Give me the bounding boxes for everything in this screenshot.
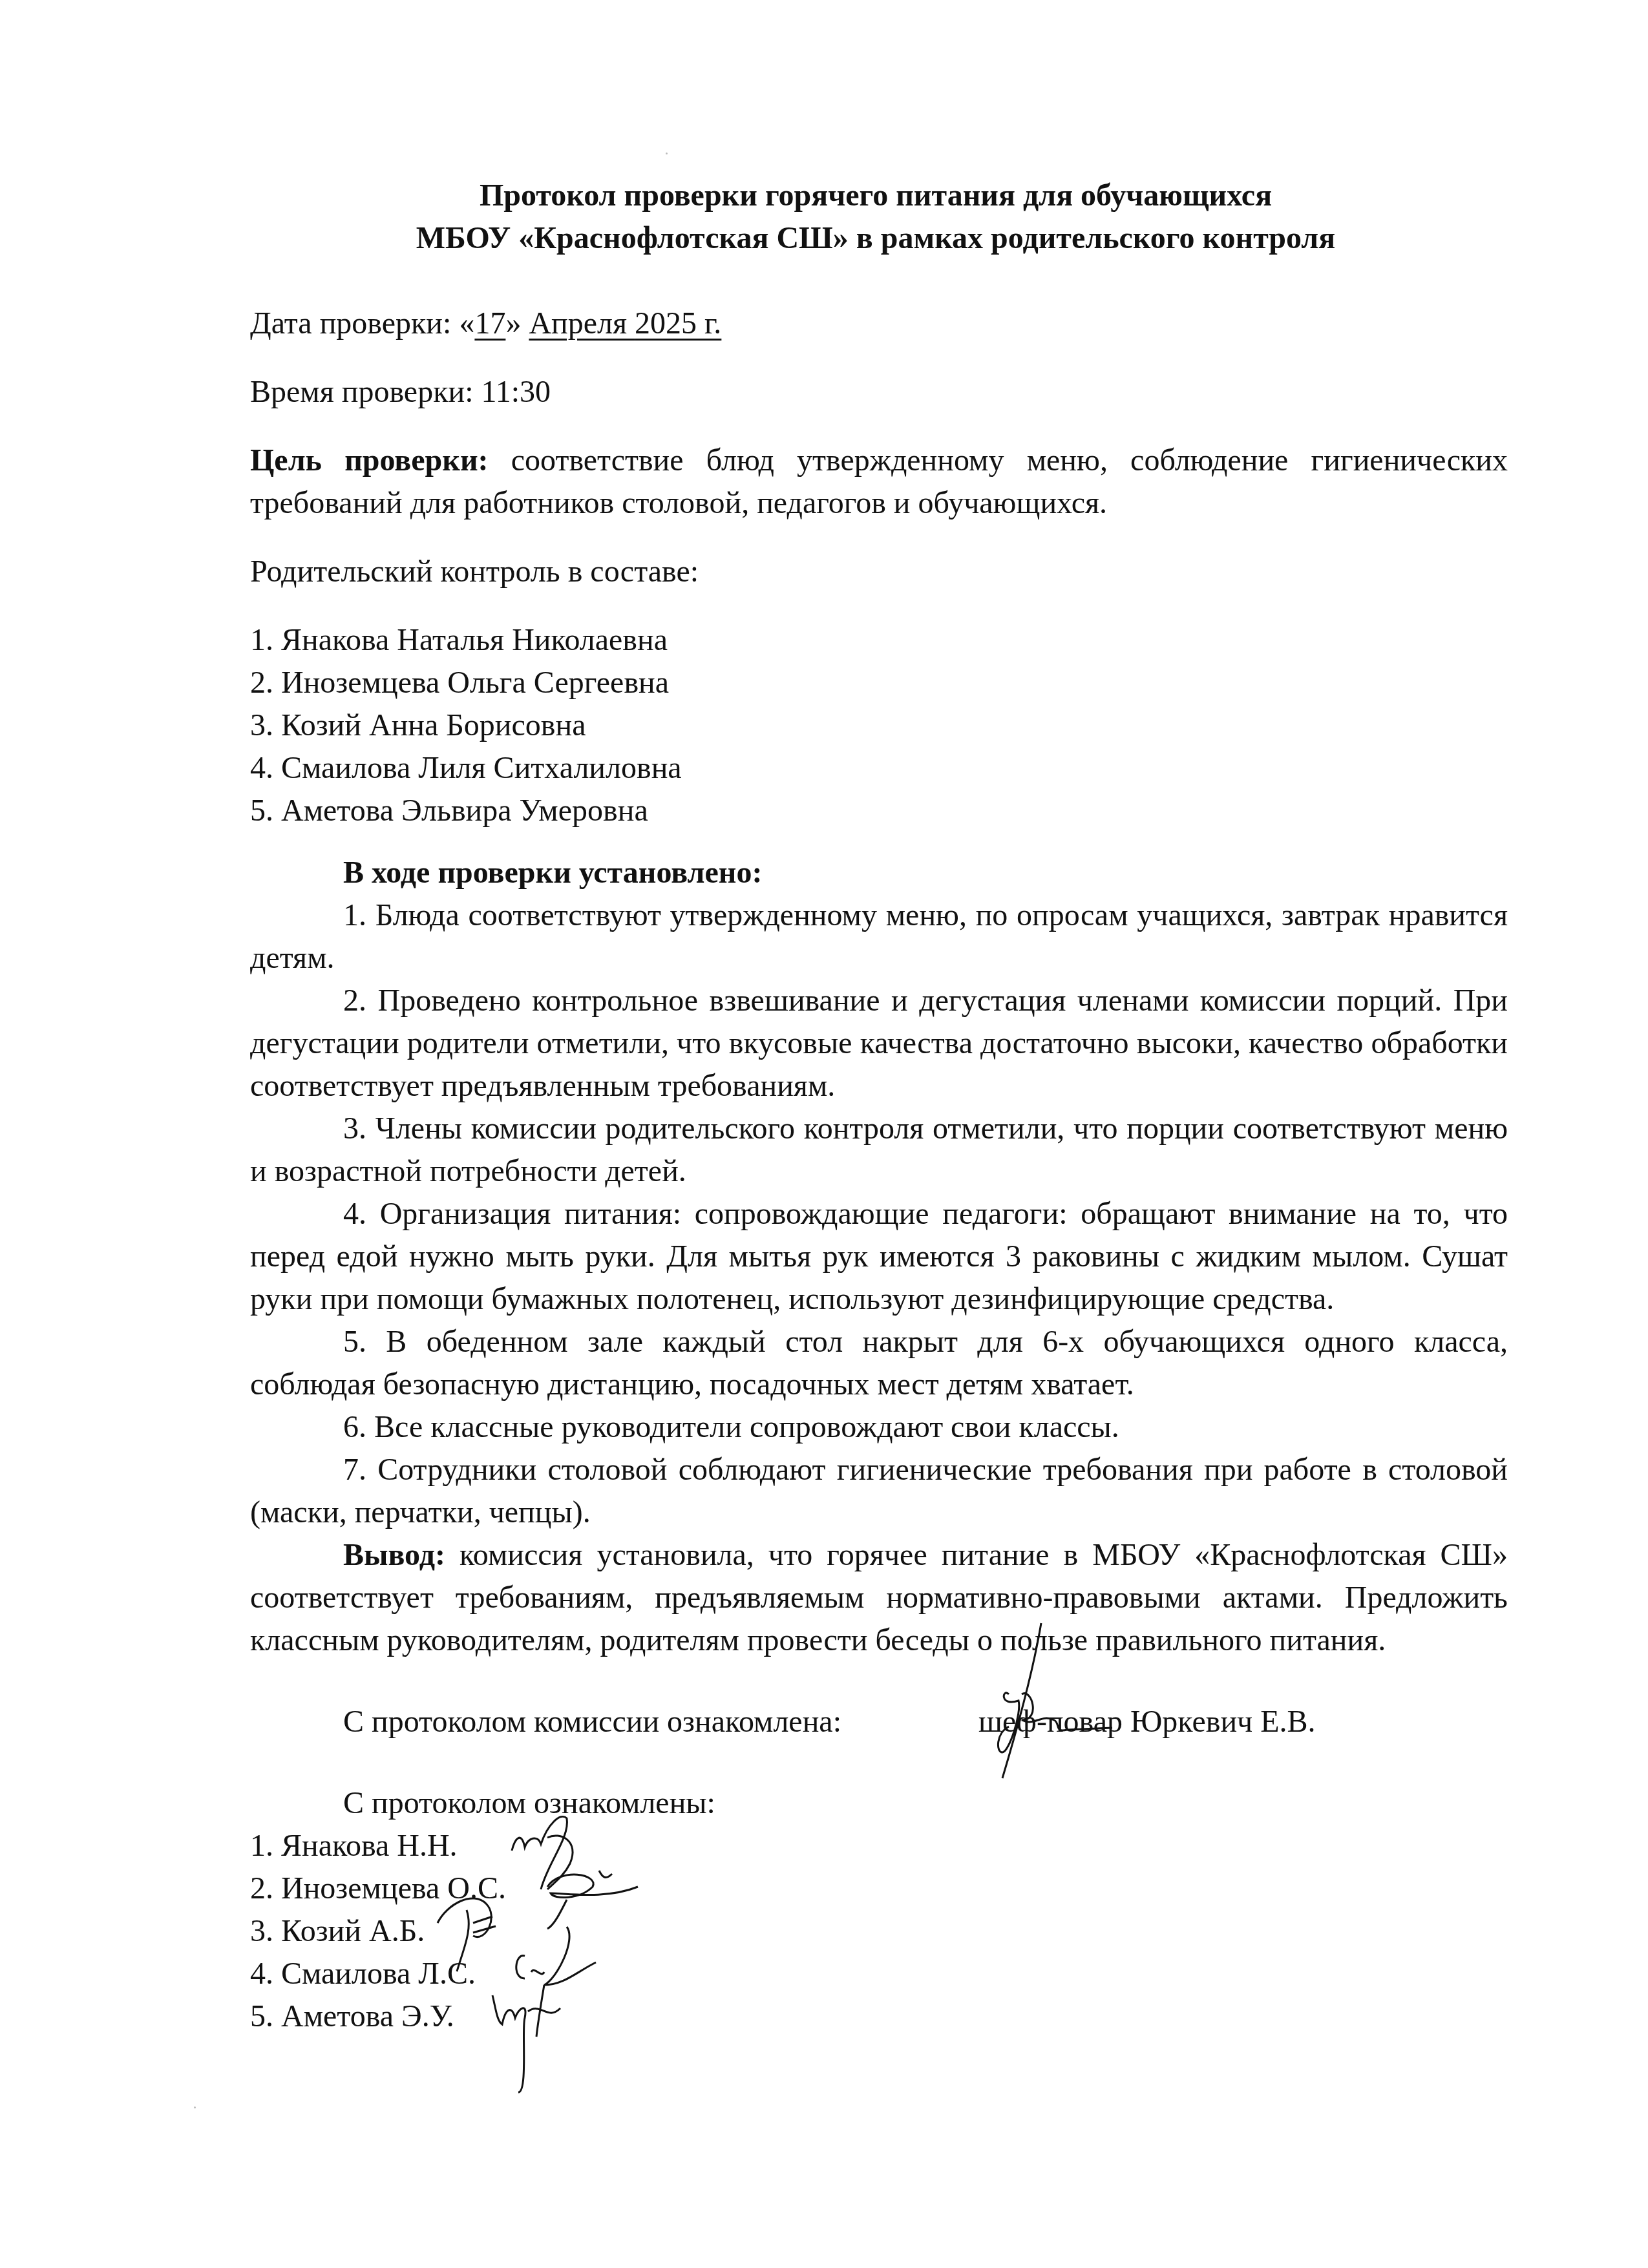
title-line-1: Протокол проверки горячего питания для о… <box>244 174 1508 217</box>
committee-member: 1. Янакова Наталья Николаевна <box>250 619 1508 662</box>
finding-item: 1. Блюда соответствуют утвержденному мен… <box>250 894 1508 980</box>
acknowledged-heading: С протоколом ознакомлены: <box>250 1782 1508 1825</box>
date-year: 2025 г. <box>635 306 721 341</box>
signature-icon <box>489 1989 580 2104</box>
findings-heading-text: В ходе проверки установлено: <box>343 856 762 890</box>
date-label: Дата проверки: « <box>250 306 474 341</box>
scan-speck <box>194 2106 196 2108</box>
acknowledged-member-name: 5. Аметова Э.У. <box>250 1999 454 2033</box>
time-value: 11:30 <box>481 375 551 409</box>
finding-item: 6. Все классные руководители сопровождаю… <box>250 1406 1508 1449</box>
acknowledged-member: 4. Смаилова Л.С. <box>250 1953 1508 1995</box>
acknowledged-member-name: 4. Смаилова Л.С. <box>250 1957 476 1991</box>
acknowledged-member: 1. Янакова Н.Н. <box>250 1825 1508 1867</box>
findings-list: 1. Блюда соответствуют утвержденному мен… <box>250 894 1508 1534</box>
committee-member: 4. Смаилова Лиля Ситхалиловна <box>250 747 1508 790</box>
finding-item: 3. Члены комиссии родительского контроля… <box>250 1108 1508 1193</box>
document-title: Протокол проверки горячего питания для о… <box>244 174 1508 260</box>
committee-member: 3. Козий Анна Борисовна <box>250 704 1508 747</box>
inspection-date: Дата проверки: «17» Апреля 2025 г. <box>250 302 1508 345</box>
committee-member: 5. Аметова Эльвира Умеровна <box>250 790 1508 832</box>
date-day-close: » <box>505 306 529 341</box>
date-month: Апреля <box>529 306 635 341</box>
goal-label: Цель проверки: <box>250 443 489 478</box>
committee-members-list: 1. Янакова Наталья Николаевна 2. Иноземц… <box>250 619 1508 832</box>
committee-heading: Родительский контроль в составе: <box>250 551 1508 593</box>
acknowledged-member-name: 3. Козий А.Б. <box>250 1914 425 1948</box>
conclusion-label: Вывод: <box>343 1538 445 1572</box>
committee-member: 2. Иноземцева Ольга Сергеевна <box>250 662 1508 704</box>
findings-heading: В ходе проверки установлено: <box>250 852 1508 894</box>
inspection-time: Время проверки: 11:30 <box>250 371 1508 414</box>
acknowledged-member: 3. Козий А.Б. <box>250 1910 1508 1953</box>
finding-item: 5. В обеденном зале каждый стол накрыт д… <box>250 1321 1508 1406</box>
chef-signature-icon <box>890 1623 1112 1803</box>
scan-speck <box>666 152 668 154</box>
date-day: 17 <box>474 306 505 341</box>
chef-ack-label: С протоколом комиссии ознакомлена: <box>343 1705 841 1739</box>
acknowledged-member-name: 1. Янакова Н.Н. <box>250 1829 458 1863</box>
conclusion: Вывод: комиссия установила, что горячее … <box>250 1534 1508 1662</box>
inspection-goal: Цель проверки: соответствие блюд утвержд… <box>250 439 1508 525</box>
time-label: Время проверки: <box>250 375 481 409</box>
acknowledged-member: 5. Аметова Э.У. <box>250 1995 1508 2038</box>
document-page: Протокол проверки горячего питания для о… <box>250 174 1508 2038</box>
finding-item: 4. Организация питания: сопровождающие п… <box>250 1193 1508 1321</box>
acknowledged-list: 1. Янакова Н.Н. 2. Иноземцева О.С. 3. Ко… <box>250 1825 1508 2038</box>
finding-item: 2. Проведено контрольное взвешивание и д… <box>250 980 1508 1108</box>
finding-item: 7. Сотрудники столовой соблюдают гигиени… <box>250 1449 1508 1534</box>
chef-acknowledgement: С протоколом комиссии ознакомлена: шеф-п… <box>250 1701 1508 1743</box>
title-line-2: МБОУ «Краснофлотская СШ» в рамках родите… <box>244 217 1508 260</box>
